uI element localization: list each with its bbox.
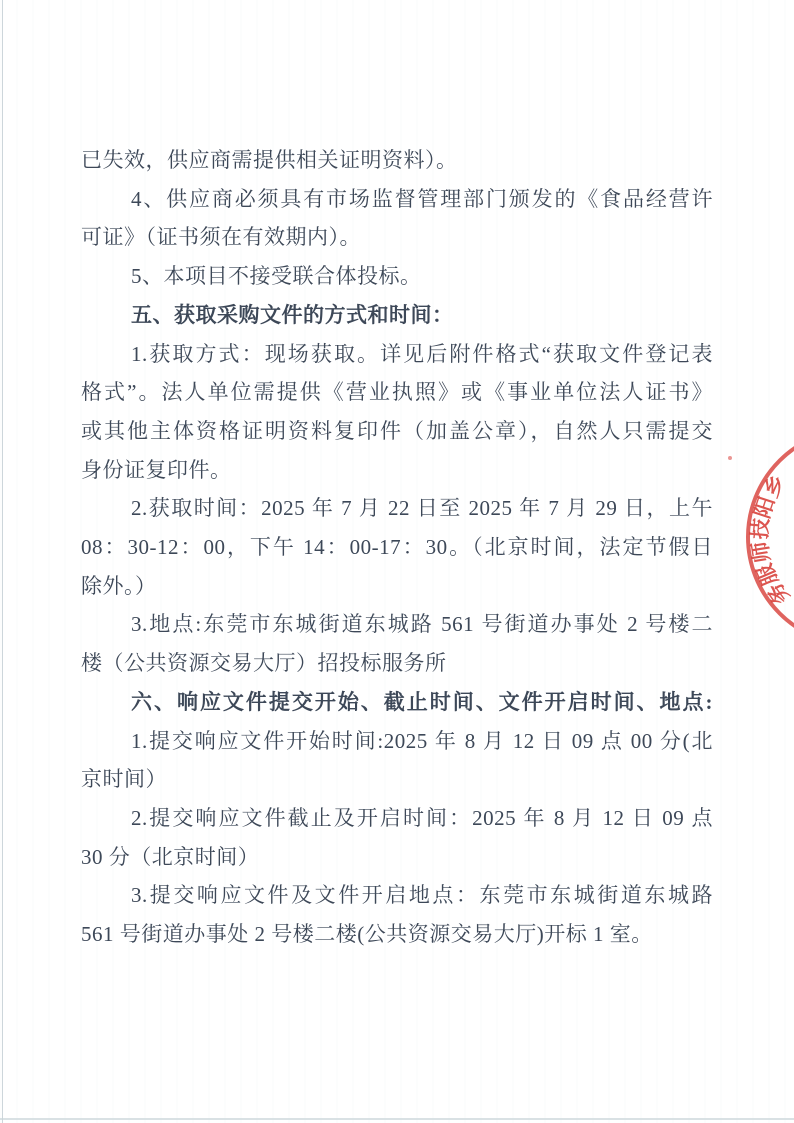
text-line: 561 号街道办事处 2 号楼二楼(公共资源交易大厅)开标 1 室。 <box>81 915 713 954</box>
text-line: 或其他主体资格证明资料复印件（加盖公章），自然人只需提交 <box>81 412 713 451</box>
text-line: 30 分（北京时间） <box>81 838 713 877</box>
text-line: 4、供应商必须具有市场监督管理部门颁发的《食品经营许 <box>81 180 713 219</box>
text-line: 2.获取时间：2025 年 7 月 22 日至 2025 年 7 月 29 日，… <box>81 489 713 528</box>
document-body-text: 已失效，供应商需提供相关证明资料）。 4、供应商必须具有市场监督管理部门颁发的《… <box>81 141 713 954</box>
section-heading-5: 五、获取采购文件的方式和时间： <box>81 296 713 335</box>
text-line: 京时间） <box>81 760 713 799</box>
text-line: 可证》（证书须在有效期内）。 <box>81 218 713 257</box>
text-line: 1.提交响应文件开始时间:2025 年 8 月 12 日 09 点 00 分(北 <box>81 722 713 761</box>
text-line: 身份证复印件。 <box>81 451 713 490</box>
text-line: 格式”。法人单位需提供《营业执照》或《事业单位法人证书》 <box>81 373 713 412</box>
scan-edge-bottom <box>0 1118 794 1120</box>
text-line: 3.提交响应文件及文件开启地点：东莞市东城街道东城路 <box>81 876 713 915</box>
red-official-seal-stamp: 乡 阳 技 师 服 务 <box>746 427 794 647</box>
scan-edge-left <box>2 0 3 1123</box>
text-line: 楼（公共资源交易大厅）招投标服务所 <box>81 644 713 683</box>
text-line: 2.提交响应文件截止及开启时间：2025 年 8 月 12 日 09 点 <box>81 799 713 838</box>
text-line: 除外。） <box>81 567 713 606</box>
text-line: 08：30-12：00，下午 14：00-17：30。（北京时间，法定节假日 <box>81 528 713 567</box>
scanned-document-page: 已失效，供应商需提供相关证明资料）。 4、供应商必须具有市场监督管理部门颁发的《… <box>0 0 794 1123</box>
text-line: 1.获取方式：现场获取。详见后附件格式“获取文件登记表 <box>81 335 713 374</box>
ink-speck <box>728 456 732 460</box>
text-line: 3.地点:东莞市东城街道东城路 561 号街道办事处 2 号楼二 <box>81 605 713 644</box>
text-line: 已失效，供应商需提供相关证明资料）。 <box>81 141 713 180</box>
section-heading-6: 六、响应文件提交开始、截止时间、文件开启时间、地点: <box>81 683 713 722</box>
text-line: 5、本项目不接受联合体投标。 <box>81 257 713 296</box>
